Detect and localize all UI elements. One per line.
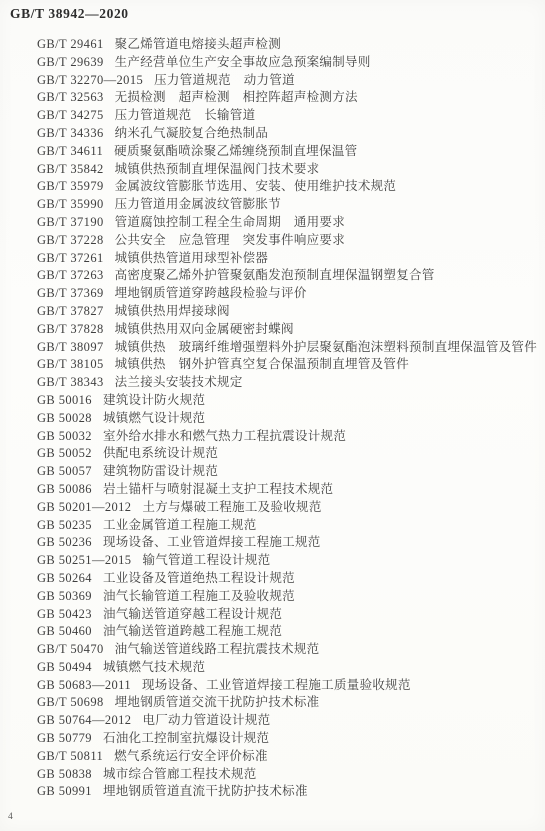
standard-code: GB 50838 (37, 766, 92, 784)
reference-item: GB/T 37828城镇供热用双向金属硬密封蝶阀 (37, 321, 545, 339)
standard-code: GB 50201—2012 (37, 499, 131, 517)
standard-code: GB/T 37369 (37, 285, 104, 303)
standard-code: GB 50052 (37, 445, 92, 463)
standard-title: 现场设备、工业管道焊接工程施工规范 (103, 535, 321, 549)
standard-code: GB/T 38343 (37, 374, 104, 392)
reference-item: GB/T 35990压力管道用金属波纹管膨胀节 (37, 196, 545, 214)
standard-title: 建筑物防雷设计规范 (103, 464, 218, 478)
reference-item: GB/T 29461聚乙烯管道电熔接头超声检测 (37, 36, 545, 54)
reference-item: GB 50423油气输送管道穿越工程设计规范 (37, 606, 545, 624)
reference-item: GB 50052供配电系统设计规范 (37, 445, 545, 463)
reference-item: GB/T 37228公共安全 应急管理 突发事件响应要求 (37, 232, 545, 250)
reference-item: GB/T 37261城镇供热管道用球型补偿器 (37, 250, 545, 268)
standard-title: 岩土锚杆与喷射混凝土支护工程技术规范 (103, 482, 333, 496)
standard-code: GB 50086 (37, 481, 92, 499)
reference-item: GB/T 37263高密度聚乙烯外护管聚氨酯发泡预制直埋保温钢塑复合管 (37, 267, 545, 285)
standard-code: GB 50764—2012 (37, 712, 131, 730)
reference-item: GB 50016建筑设计防火规范 (37, 392, 545, 410)
reference-item: GB/T 50698埋地钢质管道交流干扰防护技术标准 (37, 694, 545, 712)
reference-item: GB 50369油气长输管道工程施工及验收规范 (37, 588, 545, 606)
standard-title: 石油化工控制室抗爆设计规范 (103, 731, 269, 745)
reference-list: GB/T 29461聚乙烯管道电熔接头超声检测 GB/T 29639生产经营单位… (37, 36, 545, 801)
standard-title: 生产经营单位生产安全事故应急预案编制导则 (115, 55, 371, 69)
standard-code: GB/T 29639 (37, 54, 104, 72)
reference-item: GB 50494城镇燃气技术规范 (37, 659, 545, 677)
standard-code: GB 50494 (37, 659, 92, 677)
page-number: 4 (8, 812, 13, 822)
standard-code: GB/T 37190 (37, 214, 104, 232)
reference-item: GB/T 35842城镇供热预制直埋保温阀门技术要求 (37, 161, 545, 179)
standard-code: GB/T 50811 (37, 748, 103, 766)
standard-title: 埋地钢质管道直流干扰防护技术标准 (103, 784, 308, 798)
standard-title: 压力管道规范 长输管道 (115, 108, 256, 122)
reference-item: GB/T 50470油气输送管道线路工程抗震技术规范 (37, 641, 545, 659)
reference-item: GB/T 37827城镇供热用焊接球阀 (37, 303, 545, 321)
standard-code: GB 50779 (37, 730, 92, 748)
standard-code: GB/T 38097 (37, 339, 104, 357)
reference-item: GB/T 37369埋地钢质管道穿跨越段检验与评价 (37, 285, 545, 303)
reference-item: GB/T 50811燃气系统运行安全评价标准 (37, 748, 545, 766)
standard-title: 城镇燃气设计规范 (103, 411, 205, 425)
reference-item: GB/T 29639生产经营单位生产安全事故应急预案编制导则 (37, 54, 545, 72)
standard-code: GB 50028 (37, 410, 92, 428)
reference-item: GB/T 32563无损检测 超声检测 相控阵超声检测方法 (37, 89, 545, 107)
standard-title: 硬质聚氨酯喷涂聚乙烯缠绕预制直埋保温管 (114, 144, 357, 158)
standard-code: GB/T 37263 (37, 267, 104, 285)
standard-title: 管道腐蚀控制工程全生命周期 通用要求 (115, 215, 345, 229)
standard-title: 埋地钢质管道交流干扰防护技术标准 (115, 695, 320, 709)
standard-title: 埋地钢质管道穿跨越段检验与评价 (115, 286, 307, 300)
standard-title: 土方与爆破工程施工及验收规范 (142, 500, 321, 514)
reference-item: GB 50236现场设备、工业管道焊接工程施工规范 (37, 534, 545, 552)
reference-item: GB 50264工业设备及管道绝热工程设计规范 (37, 570, 545, 588)
standard-code: GB/T 35842 (37, 161, 104, 179)
reference-item: GB 50086岩土锚杆与喷射混凝土支护工程技术规范 (37, 481, 545, 499)
reference-item: GB 50764—2012电厂动力管道设计规范 (37, 712, 545, 730)
standard-title: 电厂动力管道设计规范 (142, 713, 270, 727)
standard-title: 建筑设计防火规范 (103, 393, 205, 407)
standard-code: GB/T 35979 (37, 178, 104, 196)
reference-item: GB 50838城市综合管廊工程技术规范 (37, 766, 545, 784)
standard-code: GB 50991 (37, 783, 92, 801)
reference-item: GB/T 34611硬质聚氨酯喷涂聚乙烯缠绕预制直埋保温管 (37, 143, 545, 161)
standard-title: 油气输送管道穿越工程设计规范 (103, 607, 282, 621)
reference-item: GB 50991埋地钢质管道直流干扰防护技术标准 (37, 783, 545, 801)
standard-title: 室外给水排水和燃气热力工程抗震设计规范 (103, 429, 346, 443)
standard-title: 燃气系统运行安全评价标准 (114, 749, 268, 763)
standard-code: GB 50032 (37, 428, 92, 446)
standard-title: 供配电系统设计规范 (103, 446, 218, 460)
standard-title: 城市综合管廊工程技术规范 (103, 767, 257, 781)
standard-code: GB/T 34611 (37, 143, 103, 161)
standard-title: 高密度聚乙烯外护管聚氨酯发泡预制直埋保温钢塑复合管 (115, 268, 435, 282)
standard-title: 城镇供热 玻璃纤维增强塑料外护层聚氨酯泡沫塑料预制直埋保温管及管件 (115, 340, 537, 354)
document-page: GB/T 38942—2020 GB/T 29461聚乙烯管道电熔接头超声检测 … (0, 0, 545, 831)
standard-title: 输气管道工程设计规范 (142, 553, 270, 567)
standard-title: 城镇燃气技术规范 (103, 660, 205, 674)
standard-title: 城镇供热 钢外护管真空复合保温预制直埋管及管件 (115, 357, 409, 371)
reference-item: GB 50235工业金属管道工程施工规范 (37, 517, 545, 535)
standard-code: GB 50236 (37, 534, 92, 552)
standard-code: GB 50264 (37, 570, 92, 588)
standard-title: 油气输送管道线路工程抗震技术规范 (115, 642, 320, 656)
standard-code: GB/T 37827 (37, 303, 104, 321)
standard-code: GB/T 50698 (37, 694, 104, 712)
standard-title: 金属波纹管膨胀节选用、安装、使用维护技术规范 (115, 179, 397, 193)
standard-title: 城镇供热用焊接球阀 (115, 304, 230, 318)
standard-code: GB/T 35990 (37, 196, 104, 214)
standard-code: GB/T 34336 (37, 125, 104, 143)
reference-item: GB 50028城镇燃气设计规范 (37, 410, 545, 428)
standard-title: 纳米孔气凝胶复合绝热制品 (115, 126, 269, 140)
reference-item: GB 50683—2011现场设备、工业管道焊接工程施工质量验收规范 (37, 677, 545, 695)
reference-item: GB/T 38105城镇供热 钢外护管真空复合保温预制直埋管及管件 (37, 356, 545, 374)
standard-code: GB/T 37261 (37, 250, 104, 268)
reference-item: GB/T 34275压力管道规范 长输管道 (37, 107, 545, 125)
reference-item: GB 50251—2015输气管道工程设计规范 (37, 552, 545, 570)
reference-item: GB/T 35979金属波纹管膨胀节选用、安装、使用维护技术规范 (37, 178, 545, 196)
standard-code: GB/T 38105 (37, 356, 104, 374)
reference-item: GB/T 32270—2015压力管道规范 动力管道 (37, 72, 545, 90)
standard-title: 聚乙烯管道电熔接头超声检测 (115, 37, 281, 51)
standard-title: 油气长输管道工程施工及验收规范 (103, 589, 295, 603)
reference-item: GB/T 37190管道腐蚀控制工程全生命周期 通用要求 (37, 214, 545, 232)
standard-code: GB/T 50470 (37, 641, 104, 659)
reference-item: GB 50032室外给水排水和燃气热力工程抗震设计规范 (37, 428, 545, 446)
reference-item: GB/T 34336纳米孔气凝胶复合绝热制品 (37, 125, 545, 143)
standard-title: 工业金属管道工程施工规范 (103, 518, 257, 532)
reference-item: GB 50057建筑物防雷设计规范 (37, 463, 545, 481)
standard-code: GB/T 34275 (37, 107, 104, 125)
standard-code: GB/T 32563 (37, 89, 104, 107)
standard-code: GB 50423 (37, 606, 92, 624)
reference-item: GB/T 38097城镇供热 玻璃纤维增强塑料外护层聚氨酯泡沫塑料预制直埋保温管… (37, 339, 545, 357)
standard-title: 法兰接头安装技术规定 (115, 375, 243, 389)
standard-code: GB 50369 (37, 588, 92, 606)
standard-code: GB 50057 (37, 463, 92, 481)
standard-title: 压力管道用金属波纹管膨胀节 (115, 197, 281, 211)
document-code-header: GB/T 38942—2020 (10, 6, 129, 22)
standard-code: GB 50016 (37, 392, 92, 410)
standard-code: GB/T 37228 (37, 232, 104, 250)
standard-code: GB/T 32270—2015 (37, 72, 143, 90)
standard-code: GB 50460 (37, 623, 92, 641)
reference-item: GB 50201—2012土方与爆破工程施工及验收规范 (37, 499, 545, 517)
reference-item: GB 50779石油化工控制室抗爆设计规范 (37, 730, 545, 748)
standard-title: 压力管道规范 动力管道 (154, 73, 295, 87)
reference-item: GB/T 38343法兰接头安装技术规定 (37, 374, 545, 392)
standard-title: 现场设备、工业管道焊接工程施工质量验收规范 (142, 678, 411, 692)
standard-code: GB 50251—2015 (37, 552, 131, 570)
standard-title: 油气输送管道跨越工程施工规范 (103, 624, 282, 638)
standard-code: GB 50683—2011 (37, 677, 131, 695)
standard-title: 工业设备及管道绝热工程设计规范 (103, 571, 295, 585)
standard-code: GB/T 29461 (37, 36, 104, 54)
standard-title: 无损检测 超声检测 相控阵超声检测方法 (115, 90, 358, 104)
reference-item: GB 50460油气输送管道跨越工程施工规范 (37, 623, 545, 641)
standard-title: 城镇供热预制直埋保温阀门技术要求 (115, 162, 320, 176)
standard-code: GB 50235 (37, 517, 92, 535)
standard-title: 城镇供热管道用球型补偿器 (115, 251, 269, 265)
standard-code: GB/T 37828 (37, 321, 104, 339)
standard-title: 城镇供热用双向金属硬密封蝶阀 (115, 322, 294, 336)
standard-title: 公共安全 应急管理 突发事件响应要求 (115, 233, 345, 247)
